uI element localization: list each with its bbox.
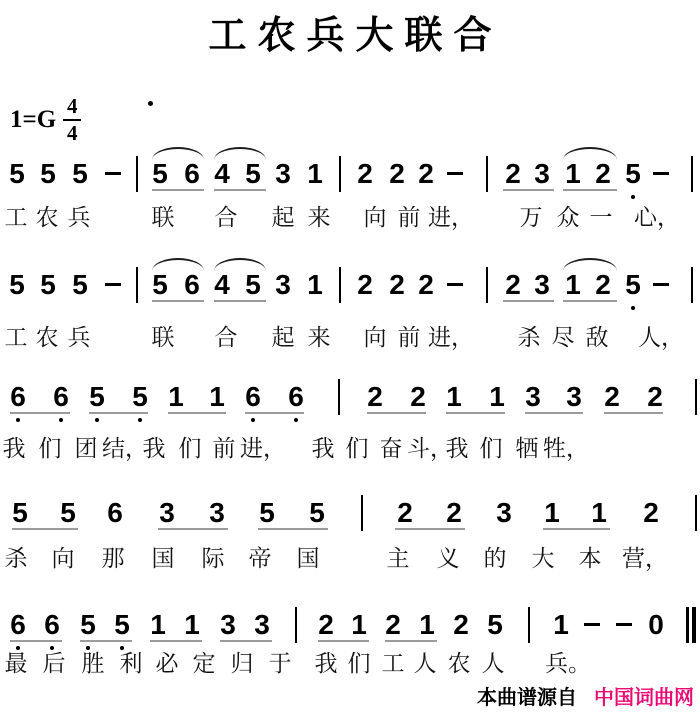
lyrics-line-2: 工农兵联合起来向前进，杀尽敌人， xyxy=(0,324,700,356)
barline xyxy=(136,156,138,192)
final-barline xyxy=(686,607,696,643)
sheet-music-page: 工农兵大联合 1=G 4 4 55556453122223125工农兵联合起来向… xyxy=(0,0,700,714)
note-1: 1 xyxy=(209,383,225,411)
lyric-syllable: 利 xyxy=(120,650,143,678)
note-1: 1 xyxy=(446,383,462,411)
lyric-syllable: 杀 xyxy=(518,324,541,352)
lyric-syllable: 际 xyxy=(202,545,225,573)
note-5: 5 xyxy=(80,611,96,639)
dot-mark xyxy=(148,101,153,106)
lyric-syllable: 前 xyxy=(398,204,421,232)
note-5: 5 xyxy=(309,499,325,527)
note-2: 2 xyxy=(446,499,462,527)
eighth-beam xyxy=(503,300,554,302)
note-6: 6 xyxy=(184,160,200,188)
note-1: 1 xyxy=(565,271,581,299)
eighth-beam xyxy=(89,412,148,414)
eighth-beam xyxy=(395,528,465,530)
eighth-beam xyxy=(152,300,204,302)
lyric-syllable: 们 xyxy=(480,435,503,463)
lyric-syllable: 营， xyxy=(622,545,668,573)
note-5: 5 xyxy=(245,160,261,188)
note-3: 3 xyxy=(566,383,582,411)
barline xyxy=(486,156,488,192)
meter-numerator: 4 xyxy=(67,96,78,117)
note-2: 2 xyxy=(505,271,521,299)
note-6: 6 xyxy=(245,383,261,411)
note-1: 1 xyxy=(168,383,184,411)
lyric-syllable: 兵 xyxy=(68,204,91,232)
lyric-syllable: 联 xyxy=(152,204,175,232)
low-octave-dot xyxy=(251,418,255,422)
lyric-syllable: 最 xyxy=(5,650,28,678)
duration-dash xyxy=(616,623,632,626)
note-2: 2 xyxy=(647,383,663,411)
lyric-syllable: 心， xyxy=(634,204,680,232)
note-3: 3 xyxy=(275,271,291,299)
lyric-syllable: 兵 xyxy=(68,324,91,352)
note-2: 2 xyxy=(385,611,401,639)
note-5: 5 xyxy=(259,499,275,527)
lyric-syllable: 奋 xyxy=(380,435,403,463)
lyric-syllable: 向 xyxy=(52,545,75,573)
lyric-syllable: 们 xyxy=(346,435,369,463)
note-3: 3 xyxy=(534,160,550,188)
lyric-syllable: 兵。 xyxy=(545,650,591,678)
lyric-syllable: 我 xyxy=(143,435,166,463)
duration-dash xyxy=(653,172,669,175)
note-4: 4 xyxy=(214,160,230,188)
lyric-syllable: 万 xyxy=(520,204,543,232)
note-1: 1 xyxy=(419,611,435,639)
note-5: 5 xyxy=(9,271,25,299)
lyrics-line-1: 工农兵联合起来向前进，万众一心， xyxy=(0,204,700,236)
duration-dash xyxy=(584,623,600,626)
note-5: 5 xyxy=(72,160,88,188)
eighth-beam xyxy=(318,640,369,642)
note-6: 6 xyxy=(288,383,304,411)
lyric-syllable: 必 xyxy=(156,650,179,678)
barline xyxy=(339,267,341,303)
note-2: 2 xyxy=(389,160,405,188)
eighth-beam xyxy=(80,640,132,642)
note-5: 5 xyxy=(625,160,641,188)
eighth-beam xyxy=(152,189,204,191)
duration-dash xyxy=(105,172,121,175)
note-2: 2 xyxy=(318,611,334,639)
lyric-syllable: 们 xyxy=(179,435,202,463)
note-3: 3 xyxy=(220,611,236,639)
lyric-syllable: 工 xyxy=(5,204,28,232)
lyric-syllable: 我 xyxy=(312,435,335,463)
eighth-beam xyxy=(168,412,226,414)
lyric-syllable: 工 xyxy=(382,650,405,678)
note-1: 1 xyxy=(565,160,581,188)
note-3: 3 xyxy=(254,611,270,639)
eighth-beam xyxy=(446,412,505,414)
lyric-syllable: 定 xyxy=(193,650,216,678)
lyrics-line-3: 我们团结，我们前进，我们奋斗，我们牺牲， xyxy=(0,435,700,467)
lyric-syllable: 工 xyxy=(5,324,28,352)
lyric-syllable: 尽 xyxy=(552,324,575,352)
music-line-3: 6655116622113322 xyxy=(0,383,700,427)
lyric-syllable: 帝 xyxy=(249,545,272,573)
barline xyxy=(486,267,488,303)
duration-dash xyxy=(653,283,669,286)
eighth-beam xyxy=(158,528,228,530)
note-5: 5 xyxy=(60,499,76,527)
note-2: 2 xyxy=(505,160,521,188)
low-octave-dot xyxy=(631,306,635,310)
note-2: 2 xyxy=(418,271,434,299)
lyric-syllable: 农 xyxy=(36,324,59,352)
lyric-syllable: 主 xyxy=(387,545,410,573)
lyric-syllable: 们 xyxy=(39,435,62,463)
lyric-syllable: 那 xyxy=(102,545,125,573)
lyric-syllable: 团 xyxy=(75,435,98,463)
note-3: 3 xyxy=(496,499,512,527)
lyric-syllable: 合 xyxy=(215,204,238,232)
lyric-syllable: 大 xyxy=(532,545,555,573)
eighth-beam xyxy=(214,189,266,191)
note-2: 2 xyxy=(595,160,611,188)
note-5: 5 xyxy=(40,271,56,299)
note-5: 5 xyxy=(487,611,503,639)
eighth-beam xyxy=(258,528,328,530)
note-2: 2 xyxy=(357,271,373,299)
note-1: 1 xyxy=(307,160,323,188)
lyric-syllable: 进， xyxy=(240,435,286,463)
eighth-beam xyxy=(563,300,617,302)
lyric-syllable: 我 xyxy=(446,435,469,463)
lyric-syllable: 人 xyxy=(414,650,437,678)
lyrics-line-4: 杀向那国际帝国主义的大本营， xyxy=(0,545,700,577)
eighth-beam xyxy=(503,189,554,191)
note-2: 2 xyxy=(367,383,383,411)
lyric-syllable: 向 xyxy=(364,204,387,232)
lyric-syllable: 前 xyxy=(398,324,421,352)
lyric-syllable: 众 xyxy=(557,204,580,232)
note-5: 5 xyxy=(9,160,25,188)
low-octave-dot xyxy=(294,418,298,422)
note-1: 1 xyxy=(351,611,367,639)
lyric-syllable: 归 xyxy=(231,650,254,678)
note-2: 2 xyxy=(643,499,659,527)
lyric-syllable: 进， xyxy=(428,324,474,352)
source-credit: 本曲谱源自 中国词曲网 xyxy=(477,681,694,710)
note-5: 5 xyxy=(625,271,641,299)
low-octave-dot xyxy=(59,418,63,422)
lyric-syllable: 来 xyxy=(308,324,331,352)
duration-dash xyxy=(447,283,463,286)
note-2: 2 xyxy=(357,160,373,188)
lyric-syllable: 合 xyxy=(215,324,238,352)
eighth-beam xyxy=(150,640,202,642)
note-2: 2 xyxy=(418,160,434,188)
lyric-syllable: 后 xyxy=(43,650,66,678)
note-5: 5 xyxy=(132,383,148,411)
note-5: 5 xyxy=(152,160,168,188)
note-1: 1 xyxy=(553,611,569,639)
barline xyxy=(136,267,138,303)
lyric-syllable: 国 xyxy=(297,545,320,573)
barline xyxy=(339,156,341,192)
lyric-syllable: 向 xyxy=(364,324,387,352)
note-3: 3 xyxy=(275,160,291,188)
lyric-syllable: 起 xyxy=(272,204,295,232)
key-signature: 1=G 4 4 xyxy=(10,96,81,144)
eighth-beam xyxy=(10,412,70,414)
music-line-1: 55556453122223125 xyxy=(0,160,700,204)
note-3: 3 xyxy=(209,499,225,527)
note-2: 2 xyxy=(595,271,611,299)
barline xyxy=(695,495,697,531)
low-octave-dot xyxy=(631,195,635,199)
low-octave-dot xyxy=(138,418,142,422)
lyric-syllable: 牺 xyxy=(516,435,539,463)
barline xyxy=(695,379,697,415)
note-5: 5 xyxy=(12,499,28,527)
lyric-syllable: 胜 xyxy=(82,650,105,678)
lyric-syllable: 敌 xyxy=(586,324,609,352)
lyric-syllable: 起 xyxy=(272,324,295,352)
note-0: 0 xyxy=(648,611,664,639)
note-6: 6 xyxy=(53,383,69,411)
song-title: 工农兵大联合 xyxy=(0,4,700,59)
low-octave-dot xyxy=(16,418,20,422)
low-octave-dot xyxy=(95,418,99,422)
note-5: 5 xyxy=(40,160,56,188)
note-1: 1 xyxy=(150,611,166,639)
lyric-syllable: 们 xyxy=(348,650,371,678)
time-signature: 4 4 xyxy=(63,96,81,144)
key-tonic: 1=G xyxy=(10,106,56,134)
lyric-syllable: 农 xyxy=(448,650,471,678)
lyric-syllable: 人， xyxy=(638,324,684,352)
note-1: 1 xyxy=(489,383,505,411)
note-4: 4 xyxy=(214,271,230,299)
lyric-syllable: 的 xyxy=(484,545,507,573)
note-6: 6 xyxy=(10,383,26,411)
source-prefix: 本曲谱源自 xyxy=(477,681,577,710)
eighth-beam xyxy=(525,412,583,414)
lyric-syllable: 一 xyxy=(590,204,613,232)
note-6: 6 xyxy=(44,611,60,639)
music-line-4: 5563355223112 xyxy=(0,499,700,543)
note-2: 2 xyxy=(410,383,426,411)
barline xyxy=(691,267,693,303)
eighth-beam xyxy=(12,528,78,530)
lyrics-line-5: 最后胜利必定归于我们工人农人兵。 xyxy=(0,650,700,682)
lyric-syllable: 来 xyxy=(308,204,331,232)
eighth-beam xyxy=(214,300,266,302)
lyric-syllable: 联 xyxy=(152,324,175,352)
duration-dash xyxy=(447,172,463,175)
lyric-syllable: 我 xyxy=(315,650,338,678)
note-2: 2 xyxy=(453,611,469,639)
note-1: 1 xyxy=(591,499,607,527)
barline xyxy=(295,607,297,643)
note-5: 5 xyxy=(72,271,88,299)
eighth-beam xyxy=(10,640,62,642)
music-line-5: 6655113321212510 xyxy=(0,611,700,655)
note-6: 6 xyxy=(184,271,200,299)
note-1: 1 xyxy=(307,271,323,299)
note-6: 6 xyxy=(107,499,123,527)
lyric-syllable: 我 xyxy=(3,435,26,463)
eighth-beam xyxy=(543,528,610,530)
note-3: 3 xyxy=(159,499,175,527)
eighth-beam xyxy=(220,640,272,642)
lyric-syllable: 结， xyxy=(102,435,148,463)
note-3: 3 xyxy=(525,383,541,411)
music-line-2: 55556453122223125 xyxy=(0,271,700,315)
lyric-syllable: 进， xyxy=(428,204,474,232)
barline xyxy=(361,495,363,531)
barline xyxy=(338,379,340,415)
note-5: 5 xyxy=(152,271,168,299)
note-2: 2 xyxy=(389,271,405,299)
lyric-syllable: 牲， xyxy=(543,435,589,463)
lyric-syllable: 人 xyxy=(482,650,505,678)
note-2: 2 xyxy=(604,383,620,411)
note-3: 3 xyxy=(534,271,550,299)
eighth-beam xyxy=(367,412,426,414)
duration-dash xyxy=(105,283,121,286)
note-5: 5 xyxy=(245,271,261,299)
note-1: 1 xyxy=(544,499,560,527)
lyric-syllable: 本 xyxy=(579,545,602,573)
lyric-syllable: 杀 xyxy=(5,545,28,573)
note-2: 2 xyxy=(397,499,413,527)
note-5: 5 xyxy=(89,383,105,411)
source-site-link[interactable]: 中国词曲网 xyxy=(594,681,694,710)
barline xyxy=(528,607,530,643)
eighth-beam xyxy=(563,189,617,191)
lyric-syllable: 于 xyxy=(269,650,292,678)
note-5: 5 xyxy=(114,611,130,639)
lyric-syllable: 前 xyxy=(213,435,236,463)
lyric-syllable: 农 xyxy=(36,204,59,232)
lyric-syllable: 国 xyxy=(152,545,175,573)
eighth-beam xyxy=(604,412,663,414)
eighth-beam xyxy=(245,412,304,414)
eighth-beam xyxy=(385,640,437,642)
note-6: 6 xyxy=(10,611,26,639)
lyric-syllable: 义 xyxy=(437,545,460,573)
meter-denominator: 4 xyxy=(67,123,78,144)
barline xyxy=(691,156,693,192)
note-1: 1 xyxy=(184,611,200,639)
